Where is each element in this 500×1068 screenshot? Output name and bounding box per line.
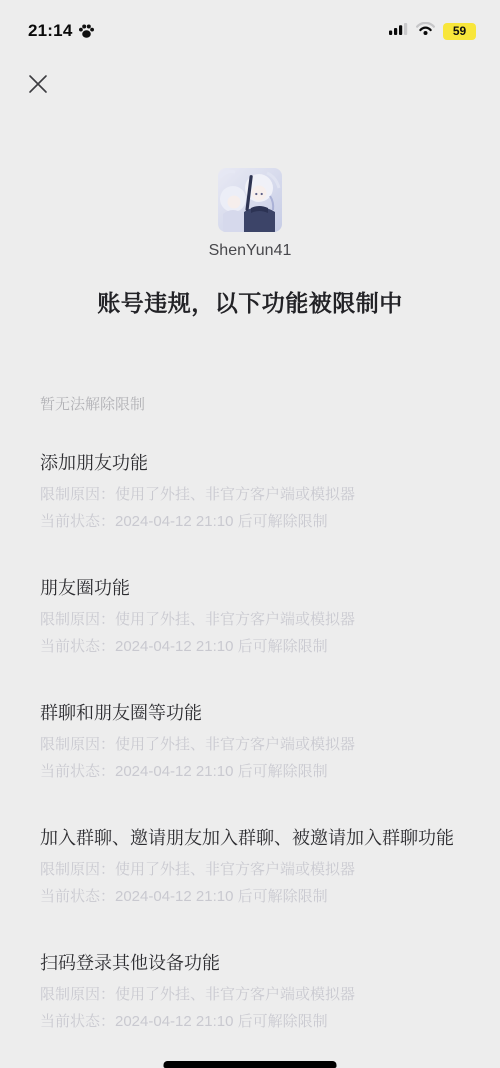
restriction-name: 扫码登录其他设备功能 — [40, 949, 466, 978]
page-title: 账号违规，以下功能被限制中 — [20, 290, 480, 316]
profile-name: ShenYun41 — [0, 243, 500, 259]
restriction-item: 加入群聊、邀请朋友加入群聊、被邀请加入群聊功能限制原因：使用了外挂、非官方客户端… — [40, 824, 466, 907]
restriction-status: 当前状态：2024-04-12 21:10 后可解除限制 — [40, 887, 466, 907]
battery-percent: 59 — [453, 24, 466, 38]
status-bar-left: 21:14 — [28, 21, 95, 41]
clock: 21:14 — [28, 21, 72, 41]
battery-icon: 59 — [443, 23, 476, 40]
restriction-name: 朋友圈功能 — [40, 574, 466, 603]
avatar — [218, 168, 282, 232]
profile-header: ShenYun41 账号违规，以下功能被限制中 — [0, 168, 500, 316]
restriction-item: 朋友圈功能限制原因：使用了外挂、非官方客户端或模拟器当前状态：2024-04-1… — [40, 574, 466, 657]
close-button[interactable] — [26, 74, 50, 98]
screen: 21:14 — [0, 0, 500, 1068]
restriction-name: 添加朋友功能 — [40, 449, 466, 478]
restriction-status: 当前状态：2024-04-12 21:10 后可解除限制 — [40, 1012, 466, 1032]
paw-icon — [78, 23, 95, 39]
status-bar-right: 59 — [389, 22, 476, 40]
restriction-item: 扫码登录其他设备功能限制原因：使用了外挂、非官方客户端或模拟器当前状态：2024… — [40, 949, 466, 1032]
restriction-status: 当前状态：2024-04-12 21:10 后可解除限制 — [40, 512, 466, 532]
restriction-status: 当前状态：2024-04-12 21:10 后可解除限制 — [40, 762, 466, 782]
restriction-status: 当前状态：2024-04-12 21:10 后可解除限制 — [40, 637, 466, 657]
wifi-icon — [416, 22, 435, 40]
restriction-reason: 限制原因：使用了外挂、非官方客户端或模拟器 — [40, 860, 466, 880]
restriction-reason: 限制原因：使用了外挂、非官方客户端或模拟器 — [40, 485, 466, 505]
status-bar: 21:14 — [0, 18, 500, 44]
cellular-signal-icon — [389, 22, 408, 40]
restriction-reason: 限制原因：使用了外挂、非官方客户端或模拟器 — [40, 735, 466, 755]
restriction-item: 添加朋友功能限制原因：使用了外挂、非官方客户端或模拟器当前状态：2024-04-… — [40, 449, 466, 532]
restriction-note: 暂无法解除限制 — [40, 395, 466, 415]
restriction-list: 添加朋友功能限制原因：使用了外挂、非官方客户端或模拟器当前状态：2024-04-… — [40, 449, 466, 1032]
restriction-name: 加入群聊、邀请朋友加入群聊、被邀请加入群聊功能 — [40, 824, 466, 853]
home-indicator[interactable] — [164, 1061, 337, 1068]
close-icon — [27, 73, 49, 100]
restriction-reason: 限制原因：使用了外挂、非官方客户端或模拟器 — [40, 610, 466, 630]
restriction-content: 暂无法解除限制 添加朋友功能限制原因：使用了外挂、非官方客户端或模拟器当前状态：… — [40, 395, 466, 1032]
restriction-reason: 限制原因：使用了外挂、非官方客户端或模拟器 — [40, 985, 466, 1005]
restriction-name: 群聊和朋友圈等功能 — [40, 699, 466, 728]
restriction-item: 群聊和朋友圈等功能限制原因：使用了外挂、非官方客户端或模拟器当前状态：2024-… — [40, 699, 466, 782]
